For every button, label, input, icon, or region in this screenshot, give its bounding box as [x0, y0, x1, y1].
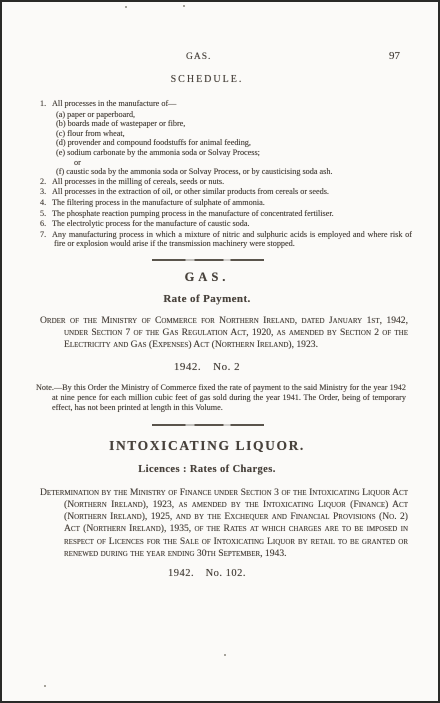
- item-number: 4.: [40, 198, 52, 208]
- section-divider-rule: [152, 259, 264, 261]
- schedule-item-1d: (d) provender and compound foodstuffs fo…: [40, 138, 414, 148]
- section-divider-rule: [152, 424, 264, 426]
- scan-speckle: [183, 5, 185, 7]
- item-text: The filtering process in the manufacture…: [52, 198, 265, 207]
- schedule-item-1a: (a) paper or paperboard,: [40, 110, 414, 120]
- item-text: The electrolytic process for the manufac…: [52, 219, 250, 228]
- liquor-section-heading: INTOXICATING LIQUOR.: [40, 438, 374, 454]
- schedule-item-1e: (e) sodium carbonate by the ammonia soda…: [40, 148, 414, 158]
- gas-order-number: 1942. No. 2: [40, 361, 374, 373]
- item-text: Any manufacturing process in which a mix…: [52, 230, 412, 249]
- scan-speckle: [224, 654, 226, 656]
- gas-section-subheading: Rate of Payment.: [40, 293, 374, 305]
- schedule-heading: SCHEDULE.: [40, 74, 374, 85]
- schedule-item-1b: (b) boards made of wastepaper or fibre,: [40, 119, 414, 129]
- item-text: All processes in the extraction of oil, …: [52, 187, 329, 196]
- schedule-item-4: 4.The filtering process in the manufactu…: [40, 198, 412, 208]
- schedule-list: 1.All processes in the manufacture of— (…: [40, 99, 414, 249]
- gas-section-heading: GAS.: [40, 270, 374, 285]
- scan-speckle: [125, 6, 127, 8]
- item-number: 2.: [40, 177, 52, 187]
- liquor-determination-number: 1942. No. 102.: [40, 568, 374, 579]
- schedule-item-2: 2.All processes in the milling of cereal…: [40, 177, 412, 187]
- item-text: All processes in the milling of cereals,…: [52, 177, 224, 186]
- schedule-item-1c: (c) flour from wheat,: [40, 129, 414, 139]
- liquor-section-subheading: Licences : Rates of Charges.: [40, 464, 374, 475]
- schedule-item-1f: (f) caustic soda by the ammonia soda or …: [40, 167, 414, 177]
- item-number: 5.: [40, 209, 52, 219]
- liquor-determination-paragraph: Determination by the Ministry of Finance…: [40, 487, 408, 560]
- item-text: All processes in the manufacture of—: [52, 99, 176, 108]
- item-number: 7.: [40, 230, 52, 240]
- schedule-item-1: 1.All processes in the manufacture of—: [40, 99, 412, 109]
- gas-order-note: Note.—By this Order the Ministry of Comm…: [36, 383, 406, 412]
- item-number: 1.: [40, 99, 52, 109]
- item-text: The phosphate reaction pumping process i…: [52, 209, 334, 218]
- schedule-item-5: 5.The phosphate reaction pumping process…: [40, 209, 412, 219]
- schedule-item-3: 3.All processes in the extraction of oil…: [40, 187, 412, 197]
- schedule-item-1-or: or: [40, 158, 414, 168]
- item-number: 6.: [40, 219, 52, 229]
- item-number: 3.: [40, 187, 52, 197]
- schedule-item-7: 7.Any manufacturing process in which a m…: [40, 230, 412, 249]
- scan-speckle: [44, 685, 46, 687]
- page-number: 97: [389, 50, 400, 62]
- page-content: GAS. 97 SCHEDULE. 1.All processes in the…: [2, 2, 438, 701]
- schedule-item-6: 6.The electrolytic process for the manuf…: [40, 219, 412, 229]
- running-header: GAS. 97: [40, 52, 414, 66]
- running-header-title: GAS.: [186, 52, 211, 62]
- gas-order-paragraph: Order of the Ministry of Commerce for No…: [40, 315, 408, 350]
- scanned-document-page: GAS. 97 SCHEDULE. 1.All processes in the…: [0, 0, 440, 703]
